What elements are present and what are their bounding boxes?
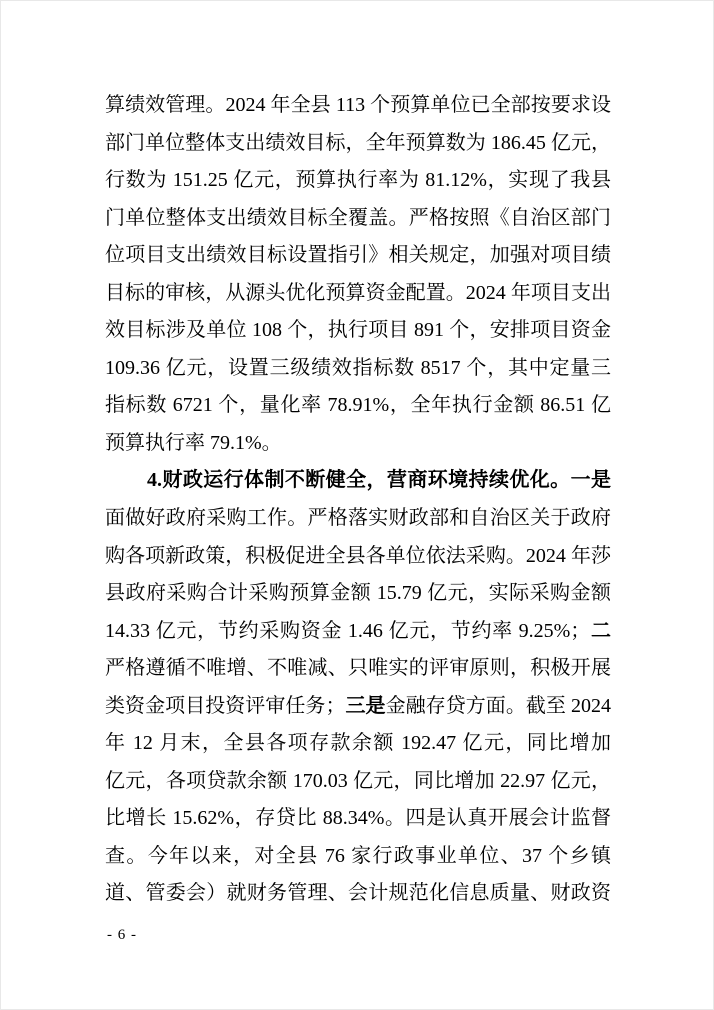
text-line: 效目标涉及单位 108 个，执行项目 891 个，安排项目资金 xyxy=(105,312,611,350)
text-line: 面做好政府采购工作。严格落实财政部和自治区关于政府采 xyxy=(105,500,611,538)
text-segment: 购各项新政策，积极促进全县各单位依法采购。2024 年莎车 xyxy=(105,545,611,576)
text-segment: 109.36 亿元，设置三级绩效指标数 8517 个，其中定量三级 xyxy=(105,357,611,388)
text-segment: 预算执行率 79.1%。 xyxy=(105,432,282,454)
text-segment: 比增长 15.62%，存贷比 88.34%。四是认真开展会计监督检 xyxy=(105,807,611,838)
text-line: 预算执行率 79.1%。 xyxy=(105,425,611,463)
text-line: 严格遵循不唯增、不唯减、只唯实的评审原则，积极开展各 xyxy=(105,650,611,688)
text-segment: 年 12 月末，全县各项存款余额 192.47 亿元，同比增加 10.52 xyxy=(105,732,611,763)
text-line: 门单位整体支出绩效目标全覆盖。严格按照《自治区部门单 xyxy=(105,200,611,238)
bold-text-segment: 4.财政运行体制不断健全，营商环境持续优化。一是 xyxy=(147,469,611,491)
text-line: 类资金项目投资评审任务；三是金融存贷方面。截至 2024 xyxy=(105,688,611,726)
text-line: 指标数 6721 个，量化率 78.91%，全年执行金额 86.51 亿元， xyxy=(105,387,611,425)
text-segment: 面做好政府采购工作。严格落实财政部和自治区关于政府采 xyxy=(105,507,611,538)
text-line: 道、管委会）就财务管理、会计规范化信息质量、财政资金 xyxy=(105,875,611,913)
text-segment: 效目标涉及单位 108 个，执行项目 891 个，安排项目资金 xyxy=(105,319,611,341)
text-segment: 严格遵循不唯增、不唯减、只唯实的评审原则，积极开展各 xyxy=(105,657,611,688)
text-line: 亿元，各项贷款余额 170.03 亿元，同比增加 22.97 亿元，同 xyxy=(105,763,611,801)
text-segment: 目标的审核，从源头优化预算资金配置。2024 年项目支出绩 xyxy=(105,282,611,313)
text-segment: 金融存贷方面。截至 2024 xyxy=(386,695,611,717)
text-segment: 县政府采购合计采购预算金额 15.79 亿元，实际采购金额 xyxy=(105,582,611,604)
text-segment: 门单位整体支出绩效目标全覆盖。严格按照《自治区部门单 xyxy=(105,207,611,238)
text-segment: 类资金项目投资评审任务； xyxy=(105,695,345,717)
text-segment: 部门单位整体支出绩效目标，全年预算数为 186.45 亿元，执 xyxy=(105,132,611,163)
text-segment: 算绩效管理。2024 年全县 113 个预算单位已全部按要求设置 xyxy=(105,94,611,125)
text-segment: 行数为 151.25 亿元，预算执行率为 81.12%，实现了我县部 xyxy=(105,169,611,200)
text-line: 部门单位整体支出绩效目标，全年预算数为 186.45 亿元，执 xyxy=(105,125,611,163)
text-segment: 道、管委会）就财务管理、会计规范化信息质量、财政资金 xyxy=(105,882,611,913)
document-page: 算绩效管理。2024 年全县 113 个预算单位已全部按要求设置部门单位整体支出… xyxy=(0,0,714,1010)
text-line: 行数为 151.25 亿元，预算执行率为 81.12%，实现了我县部 xyxy=(105,162,611,200)
text-segment: 亿元，各项贷款余额 170.03 亿元，同比增加 22.97 亿元，同 xyxy=(105,770,611,801)
text-line: 位项目支出绩效目标设置指引》相关规定，加强对项目绩效 xyxy=(105,237,611,275)
page-number: - 6 - xyxy=(107,925,137,945)
text-segment: 位项目支出绩效目标设置指引》相关规定，加强对项目绩效 xyxy=(105,244,611,275)
document-body: 算绩效管理。2024 年全县 113 个预算单位已全部按要求设置部门单位整体支出… xyxy=(105,87,611,913)
text-line: 14.33 亿元，节约采购资金 1.46 亿元，节约率 9.25%；二是 xyxy=(105,613,611,651)
text-segment: 指标数 6721 个，量化率 78.91%，全年执行金额 86.51 亿元， xyxy=(105,394,611,425)
text-line: 购各项新政策，积极促进全县各单位依法采购。2024 年莎车 xyxy=(105,538,611,576)
text-line: 年 12 月末，全县各项存款余额 192.47 亿元，同比增加 10.52 xyxy=(105,725,611,763)
text-line: 目标的审核，从源头优化预算资金配置。2024 年项目支出绩 xyxy=(105,275,611,313)
text-line: 算绩效管理。2024 年全县 113 个预算单位已全部按要求设置 xyxy=(105,87,611,125)
text-line: 查。今年以来，对全县 76 家行政事业单位、37 个乡镇（街 xyxy=(105,838,611,876)
text-segment: 14.33 亿元，节约采购资金 1.46 亿元，节约率 9.25%； xyxy=(105,620,590,642)
text-line: 县政府采购合计采购预算金额 15.79 亿元，实际采购金额 xyxy=(105,575,611,613)
text-line: 109.36 亿元，设置三级绩效指标数 8517 个，其中定量三级 xyxy=(105,350,611,388)
bold-text-segment: 三是 xyxy=(345,695,385,717)
text-line: 4.财政运行体制不断健全，营商环境持续优化。一是全 xyxy=(105,462,611,500)
text-segment: 查。今年以来，对全县 76 家行政事业单位、37 个乡镇（街 xyxy=(105,845,611,876)
text-line: 比增长 15.62%，存贷比 88.34%。四是认真开展会计监督检 xyxy=(105,800,611,838)
